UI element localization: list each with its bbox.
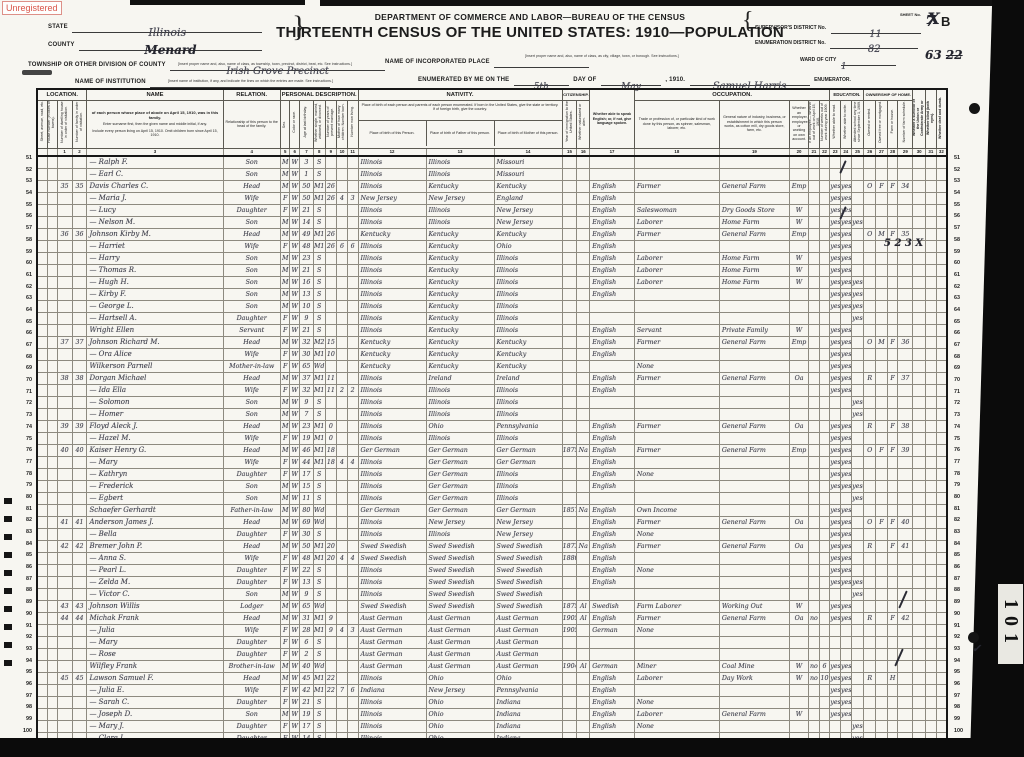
cell-sex: F — [280, 529, 290, 541]
cell-st — [37, 637, 48, 649]
cell-sch — [851, 697, 864, 709]
cell-vet — [913, 325, 926, 337]
cell-bl — [926, 433, 937, 445]
state-line: STATE Illinois — [48, 15, 262, 33]
cell-imm — [562, 529, 577, 541]
cell-wr — [841, 493, 852, 505]
cell-ow — [809, 481, 820, 493]
group-location: LOCATION. — [37, 89, 87, 100]
cell-ind: Home Farm — [719, 253, 789, 265]
cell-occ — [634, 409, 719, 421]
cell-eng: English — [590, 541, 635, 553]
cell-mar: S — [313, 289, 325, 301]
table-row: — Hartsell A.DaughterFW9SIllinoisKentuck… — [37, 313, 947, 325]
cell-wr: yes — [841, 253, 852, 265]
cell-fs — [898, 505, 913, 517]
cell-sex: F — [280, 433, 290, 445]
cell-imm — [562, 265, 577, 277]
cell-cl — [347, 277, 358, 289]
cell-wr: yes — [841, 349, 852, 361]
cell-ow — [809, 193, 820, 205]
cell-df — [936, 637, 947, 649]
cell-wk — [819, 541, 830, 553]
cell-own — [864, 313, 876, 325]
cell-nat — [577, 361, 590, 373]
cell-sex: F — [280, 313, 290, 325]
cell-sch: yes — [851, 277, 864, 289]
cell-imm — [562, 577, 577, 589]
line-number: 66 — [18, 328, 32, 340]
table-row: Wilfley FrankBrother-in-lawMW40WdAust Ge… — [37, 661, 947, 673]
cell-imm — [562, 373, 577, 385]
cell-pb: Aust German — [358, 613, 426, 625]
cell-emp — [789, 397, 808, 409]
cell-sex: M — [280, 709, 290, 721]
cell-df — [936, 673, 947, 685]
cell-cb — [337, 349, 348, 361]
cell-emp: Oa — [789, 613, 808, 625]
col-veteran: Whether a survivor of the Union or Confe… — [913, 89, 926, 148]
cell-vet — [913, 637, 926, 649]
cell-mort — [876, 505, 888, 517]
cell-vet — [913, 601, 926, 613]
cell-eng: English — [590, 481, 635, 493]
cell-pbm: Illinois — [494, 325, 562, 337]
cell-bl — [926, 469, 937, 481]
line-number: 90 — [954, 609, 968, 621]
cell-cb: 7 — [337, 685, 348, 697]
col-immigration-year: Year of immigration to the United States… — [562, 100, 577, 148]
cell-race: W — [290, 385, 300, 397]
cell-cb: 4 — [337, 553, 348, 565]
cell-own — [864, 457, 876, 469]
cell-ind — [719, 349, 789, 361]
cell-dw: 39 — [57, 421, 72, 433]
cell-pbf: Illinois — [426, 409, 494, 421]
cell-yrs — [325, 277, 337, 289]
cell-emp: Emp — [789, 445, 808, 457]
cell-dw — [57, 625, 72, 637]
cell-occ: None — [634, 625, 719, 637]
cell-pb: Illinois — [358, 325, 426, 337]
cell-rd: yes — [830, 349, 841, 361]
cell-wr: yes — [841, 709, 852, 721]
cell-fh — [887, 265, 898, 277]
cell-vet — [913, 613, 926, 625]
cell-eng: English — [590, 577, 635, 589]
cell-df — [936, 481, 947, 493]
cell-ow — [809, 589, 820, 601]
cell-ow — [809, 313, 820, 325]
cell-fh — [887, 469, 898, 481]
cell-emp — [789, 589, 808, 601]
cell-nat — [577, 373, 590, 385]
cell-sch — [851, 229, 864, 241]
cell-wk — [819, 481, 830, 493]
cell-eng: English — [590, 241, 635, 253]
cell-cl — [347, 517, 358, 529]
cell-pb: Illinois — [358, 529, 426, 541]
cell-pbm: Illinois — [494, 481, 562, 493]
cell-fh — [887, 301, 898, 313]
cell-rel: Wife — [223, 349, 280, 361]
line-number: 63 — [954, 293, 968, 305]
cell-pb: Illinois — [358, 289, 426, 301]
cell-eng: English — [590, 277, 635, 289]
cell-dw — [57, 589, 72, 601]
cell-age: 9 — [300, 313, 314, 325]
cell-vet — [913, 493, 926, 505]
cell-yrs — [325, 577, 337, 589]
cell-mar: Wd — [313, 505, 325, 517]
cell-mar: M1 — [313, 613, 325, 625]
cell-own — [864, 301, 876, 313]
cell-pbm: Swed Swedish — [494, 601, 562, 613]
binder-marks-left — [4, 498, 12, 666]
cell-imm — [562, 421, 577, 433]
cell-age: 46 — [300, 445, 314, 457]
cell-hn — [48, 265, 58, 277]
cell-fam: 39 — [72, 421, 87, 433]
cell-pb: Illinois — [358, 205, 426, 217]
cell-own: R — [864, 613, 876, 625]
cell-fs: 42 — [898, 613, 913, 625]
cell-sex: M — [280, 673, 290, 685]
cell-fh: F — [887, 181, 898, 193]
cell-cl — [347, 589, 358, 601]
cell-sex: F — [280, 553, 290, 565]
cell-cl: 3 — [347, 193, 358, 205]
cell-df — [936, 697, 947, 709]
cell-rd: yes — [830, 505, 841, 517]
cell-ind: Working Out — [719, 601, 789, 613]
cell-pbf: Kentucky — [426, 337, 494, 349]
cell-wk — [819, 193, 830, 205]
table-row: — Joseph D.SonMW19SIllinoisOhioIndianaEn… — [37, 709, 947, 721]
cell-nat: Na — [577, 541, 590, 553]
cell-ind: General Farm — [719, 229, 789, 241]
cell-vet — [913, 661, 926, 673]
cell-mort — [876, 481, 888, 493]
cell-imm — [562, 457, 577, 469]
cell-wr: yes — [841, 481, 852, 493]
cell-yrs: 0 — [325, 421, 337, 433]
cell-rd: yes — [830, 325, 841, 337]
cell-dw: 35 — [57, 181, 72, 193]
cell-own — [864, 577, 876, 589]
cell-name: — Lucy — [87, 205, 223, 217]
cell-imm — [562, 193, 577, 205]
cell-fs — [898, 385, 913, 397]
cell-mort — [876, 169, 888, 181]
cell-wr: yes — [841, 181, 852, 193]
cell-own: O — [864, 181, 876, 193]
cell-rel: Son — [223, 481, 280, 493]
cell-wk — [819, 529, 830, 541]
form-number-smudge — [22, 70, 52, 75]
cell-ind: General Farm — [719, 421, 789, 433]
cell-fh — [887, 253, 898, 265]
cell-df — [936, 601, 947, 613]
cell-st — [37, 697, 48, 709]
cell-race: W — [290, 577, 300, 589]
cell-pbm: Missouri — [494, 169, 562, 181]
cell-fam — [72, 169, 87, 181]
cell-mort — [876, 193, 888, 205]
line-number: 72 — [18, 398, 32, 410]
cell-own — [864, 409, 876, 421]
cell-hn — [48, 469, 58, 481]
cell-rel: Wife — [223, 685, 280, 697]
cell-eng: English — [590, 553, 635, 565]
cell-pbf: Illinois — [426, 205, 494, 217]
group-education: EDUCATION. — [830, 89, 864, 100]
cell-vet — [913, 553, 926, 565]
line-number: 77 — [954, 457, 968, 469]
cell-race: W — [290, 685, 300, 697]
cell-nat — [577, 673, 590, 685]
cell-emp: W — [789, 277, 808, 289]
cell-own — [864, 601, 876, 613]
cell-occ — [634, 397, 719, 409]
cell-own: R — [864, 421, 876, 433]
cell-pb: Ger German — [358, 505, 426, 517]
cell-rel: Head — [223, 541, 280, 553]
census-table-body: — Ralph F.SonMW3SIllinoisIllinoisMissour… — [37, 156, 947, 757]
table-row: 3535Davis Charles C.HeadMW50M126Illinois… — [37, 181, 947, 193]
table-row: — EgbertSonMW11SIllinoisGer GermanIllino… — [37, 493, 947, 505]
cell-race: W — [290, 193, 300, 205]
cell-df — [936, 325, 947, 337]
cell-wr — [841, 409, 852, 421]
line-number: 61 — [954, 270, 968, 282]
line-number: 74 — [954, 422, 968, 434]
cell-cb — [337, 169, 348, 181]
cell-fh — [887, 637, 898, 649]
line-number: 69 — [18, 363, 32, 375]
cell-rel: Head — [223, 181, 280, 193]
cell-fh — [887, 193, 898, 205]
cell-sex: M — [280, 421, 290, 433]
cell-wk — [819, 156, 830, 169]
cell-eng: English — [590, 217, 635, 229]
cell-age: 14 — [300, 217, 314, 229]
cell-cl — [347, 661, 358, 673]
cell-rel: Son — [223, 409, 280, 421]
cell-wk — [819, 301, 830, 313]
line-number: 84 — [18, 539, 32, 551]
cell-wr — [841, 397, 852, 409]
cell-dw — [57, 289, 72, 301]
cell-dw: 42 — [57, 541, 72, 553]
column-number: 25 — [851, 148, 864, 156]
cell-pb: Illinois — [358, 673, 426, 685]
cell-ind: General Farm — [719, 517, 789, 529]
cell-rel: Son — [223, 289, 280, 301]
cell-hn — [48, 217, 58, 229]
cell-mar: S — [313, 469, 325, 481]
table-row: — Kirby F.SonMW13SIllinoisKentuckyIllino… — [37, 289, 947, 301]
cell-dw — [57, 457, 72, 469]
cell-wr: yes — [841, 289, 852, 301]
cell-pb: Illinois — [358, 481, 426, 493]
cell-hn — [48, 193, 58, 205]
cell-age: 9 — [300, 397, 314, 409]
cell-nat — [577, 289, 590, 301]
cell-age: 50 — [300, 541, 314, 553]
cell-fam — [72, 313, 87, 325]
table-row: — SolomonSonMW9SIllinoisIllinoisIllinois… — [37, 397, 947, 409]
cell-mort — [876, 721, 888, 733]
column-number: 12 — [358, 148, 426, 156]
cell-wr: yes — [841, 433, 852, 445]
line-number: 93 — [954, 644, 968, 656]
cell-cb — [337, 505, 348, 517]
cell-rd — [830, 313, 841, 325]
cell-pbm: Illinois — [494, 397, 562, 409]
cell-imm: 1904 — [562, 661, 577, 673]
cell-yrs: 20 — [325, 541, 337, 553]
cell-fs — [898, 577, 913, 589]
cell-fs: 40 — [898, 517, 913, 529]
cell-pbf: Ger German — [426, 445, 494, 457]
cell-sex: F — [280, 649, 290, 661]
cell-rd: yes — [830, 469, 841, 481]
cell-dw: 45 — [57, 673, 72, 685]
cell-ind — [719, 301, 789, 313]
cell-yrs: 26 — [325, 229, 337, 241]
cell-fam — [72, 565, 87, 577]
cell-fh — [887, 625, 898, 637]
cell-fh — [887, 481, 898, 493]
cell-eng: English — [590, 385, 635, 397]
cell-mort — [876, 577, 888, 589]
col-can-write: Whether able to write. — [841, 100, 852, 148]
cell-st — [37, 661, 48, 673]
cell-sch — [851, 361, 864, 373]
cell-emp — [789, 433, 808, 445]
cell-fs — [898, 277, 913, 289]
cell-cb — [337, 277, 348, 289]
cell-sex: M — [280, 229, 290, 241]
cell-ow — [809, 277, 820, 289]
cell-df — [936, 625, 947, 637]
cell-name: — Ida Ella — [87, 385, 223, 397]
cell-vet — [913, 445, 926, 457]
cell-nat — [577, 241, 590, 253]
column-number: 23 — [830, 148, 841, 156]
cell-rel: Head — [223, 445, 280, 457]
cell-dw — [57, 685, 72, 697]
line-number: 54 — [954, 188, 968, 200]
cell-nat — [577, 229, 590, 241]
cell-name: — Ora Alice — [87, 349, 223, 361]
cell-name: Anderson James J. — [87, 517, 223, 529]
cell-sch: yes — [851, 397, 864, 409]
cell-fam: 41 — [72, 517, 87, 529]
cell-pbf: Kentucky — [426, 325, 494, 337]
cell-cb — [337, 469, 348, 481]
cell-imm — [562, 277, 577, 289]
cell-eng: English — [590, 685, 635, 697]
cell-wk — [819, 253, 830, 265]
cell-ind — [719, 697, 789, 709]
cell-ow — [809, 373, 820, 385]
cell-wk — [819, 205, 830, 217]
cell-bl — [926, 229, 937, 241]
cell-hn — [48, 253, 58, 265]
cell-bl — [926, 325, 937, 337]
line-number: 58 — [18, 235, 32, 247]
cell-rel: Son — [223, 301, 280, 313]
col-farm-house: Farm or house. — [887, 100, 898, 148]
cell-emp — [789, 493, 808, 505]
cell-ind: Private Family — [719, 325, 789, 337]
cell-mar: S — [313, 205, 325, 217]
cell-pb: Aust German — [358, 637, 426, 649]
cell-mort: F — [876, 181, 888, 193]
incorporated-note: [Insert proper name and, also, name of c… — [525, 54, 679, 58]
cell-vet — [913, 649, 926, 661]
cell-eng — [590, 313, 635, 325]
cell-hn — [48, 481, 58, 493]
cell-own — [864, 253, 876, 265]
cell-eng — [590, 397, 635, 409]
line-number: 91 — [954, 621, 968, 633]
cell-sex: F — [280, 205, 290, 217]
cell-hn — [48, 625, 58, 637]
cell-mar: M1 — [313, 385, 325, 397]
cell-dw — [57, 505, 72, 517]
cell-bl — [926, 457, 937, 469]
table-row: — MaryWifeFW44M11844IllinoisGer GermanGe… — [37, 457, 947, 469]
cell-race: W — [290, 421, 300, 433]
cell-wr — [841, 313, 852, 325]
cell-hn — [48, 529, 58, 541]
cell-occ: Miner — [634, 661, 719, 673]
cell-mar: S — [313, 697, 325, 709]
cell-eng — [590, 301, 635, 313]
cell-cl — [347, 253, 358, 265]
group-personal-description: PERSONAL DESCRIPTION. — [280, 89, 358, 100]
cell-st — [37, 156, 48, 169]
cell-sex: M — [280, 517, 290, 529]
cell-occ — [634, 385, 719, 397]
cell-name: — Bella — [87, 529, 223, 541]
cell-df — [936, 721, 947, 733]
cell-sex: M — [280, 217, 290, 229]
cell-pbm: England — [494, 193, 562, 205]
cell-dw — [57, 637, 72, 649]
cell-st — [37, 481, 48, 493]
cell-cb — [337, 673, 348, 685]
cell-pbf: Kentucky — [426, 229, 494, 241]
cell-mar: S — [313, 253, 325, 265]
line-number: 89 — [954, 597, 968, 609]
cell-sch — [851, 625, 864, 637]
cell-own — [864, 325, 876, 337]
cell-mort — [876, 421, 888, 433]
cell-df — [936, 181, 947, 193]
cell-rd: yes — [830, 709, 841, 721]
cell-fam: 35 — [72, 181, 87, 193]
cell-dw: 41 — [57, 517, 72, 529]
cell-wr: yes — [841, 505, 852, 517]
cell-mort — [876, 265, 888, 277]
line-numbers-left: 5152535455565758596061626364656667686970… — [18, 153, 32, 737]
cell-pbf: Kentucky — [426, 241, 494, 253]
cell-sex: M — [280, 661, 290, 673]
